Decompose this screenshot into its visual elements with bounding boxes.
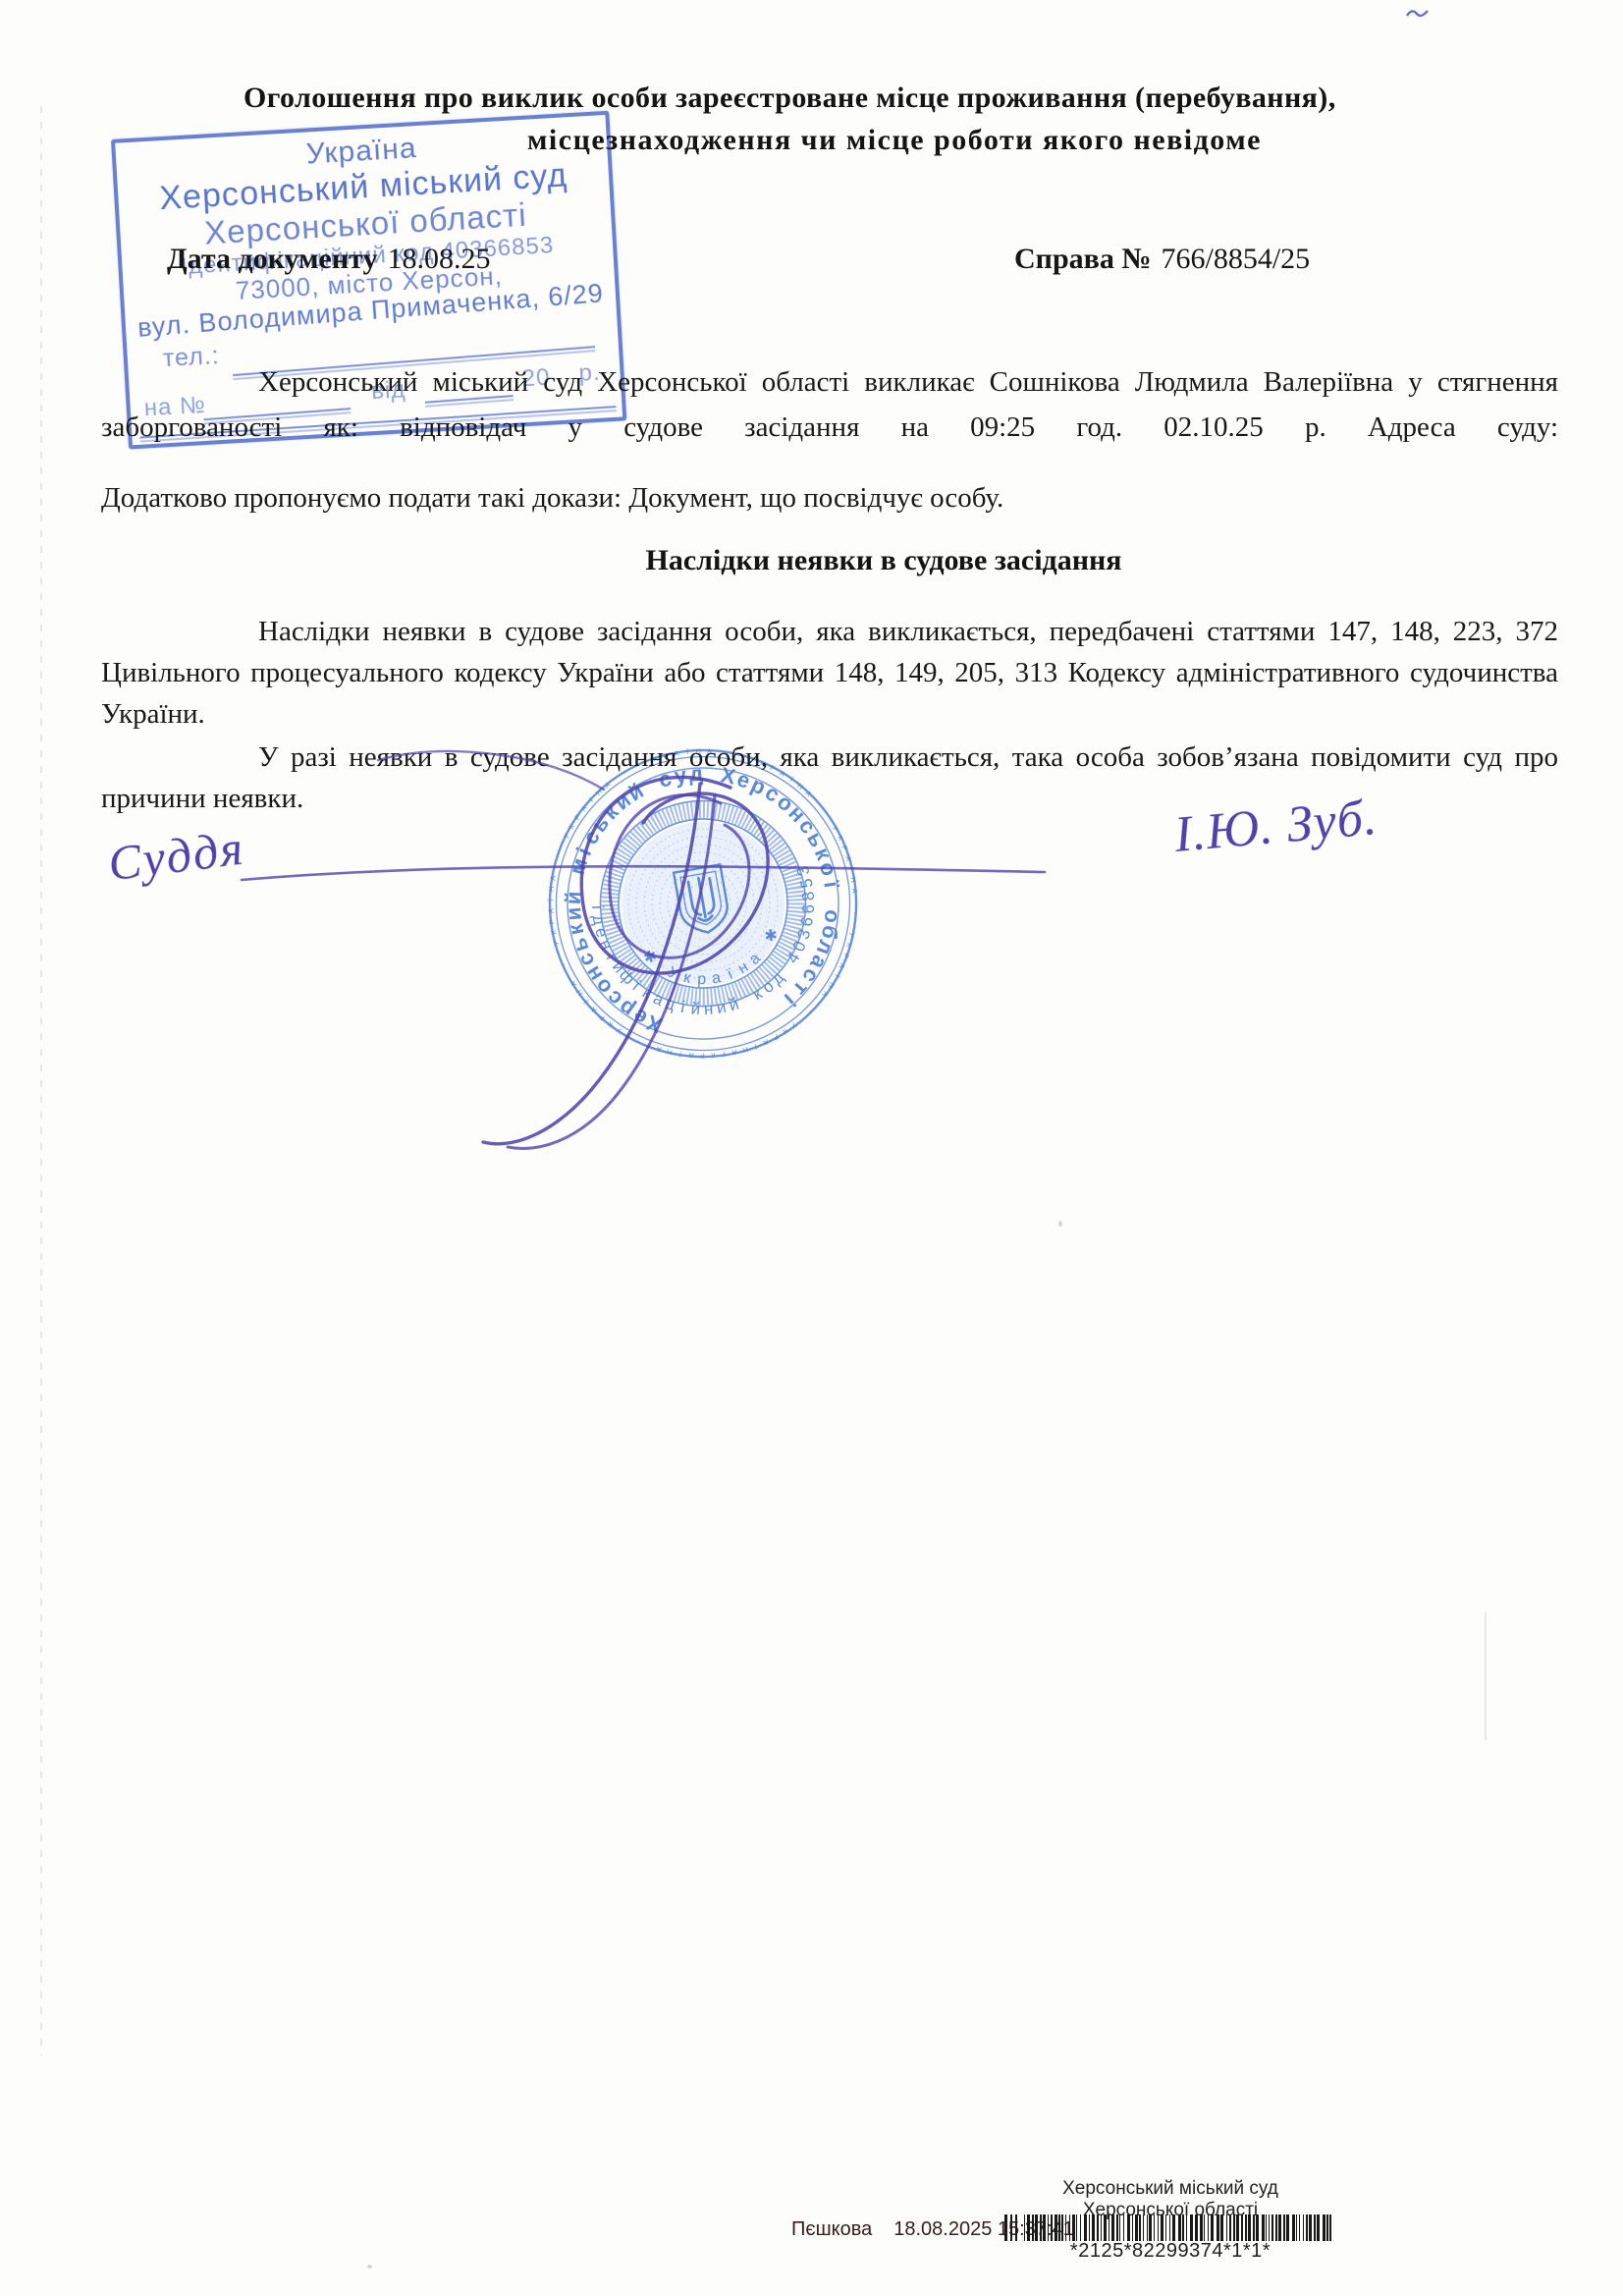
seal-char: 6 — [797, 915, 817, 928]
barcode-bar — [1089, 2214, 1090, 2241]
barcode-bar — [1027, 2214, 1030, 2241]
barcode-bar — [1236, 2214, 1239, 2241]
barcode-bar — [1269, 2214, 1270, 2241]
scan-speck — [367, 2265, 372, 2269]
seal-char: ї — [819, 879, 844, 891]
barcode-value-text: *2125*82299374*1*1* — [1003, 2240, 1337, 2263]
barcode-bar — [1211, 2214, 1214, 2241]
barcode-bar — [1143, 2214, 1144, 2241]
barcode-bar — [1104, 2214, 1107, 2241]
seal-char: 3 — [793, 927, 814, 942]
seal-char: 8 — [798, 891, 818, 902]
seal-char: і — [679, 998, 686, 1016]
barcode-bar — [1032, 2214, 1033, 2241]
barcode-bar — [1182, 2214, 1183, 2241]
seal-char: і — [588, 905, 607, 909]
barcode-bar — [1076, 2214, 1077, 2241]
barcode-bar — [1286, 2214, 1289, 2241]
barcode-bar — [1248, 2214, 1251, 2241]
scan-speck — [1058, 1221, 1062, 1227]
seal-char: 6 — [799, 903, 818, 913]
document-barcode — [1004, 2214, 1331, 2241]
seal-char: д — [589, 913, 609, 926]
seal-char: Ї — [752, 1042, 758, 1051]
paragraph-evidence: Додатково пропонуємо подати такі докази:… — [101, 477, 1558, 519]
barcode-bar — [1069, 2214, 1070, 2241]
barcode-bar — [1190, 2214, 1193, 2241]
barcode-bar — [1101, 2214, 1102, 2241]
barcode-bar — [1024, 2214, 1025, 2241]
barcode-bar — [1035, 2214, 1038, 2241]
document-date-line: Дата документу18.08.25 — [167, 243, 490, 276]
seal-char: А — [548, 875, 558, 881]
barcode-bar — [1233, 2214, 1234, 2241]
seal-char: Н — [666, 1047, 673, 1057]
barcode-bar — [1055, 2214, 1057, 2241]
seal-char: А — [547, 908, 556, 913]
barcode-bar — [1092, 2214, 1095, 2241]
seal-char: Р — [700, 1052, 705, 1061]
barcode-bar — [1217, 2214, 1219, 2241]
seal-char: 3 — [793, 863, 814, 878]
seal-char: А — [843, 854, 853, 861]
barcode-bar — [1200, 2214, 1203, 2241]
seal-char: А — [655, 1044, 662, 1054]
barcode-bar — [1132, 2214, 1133, 2241]
barcode-bar — [1135, 2214, 1138, 2241]
barcode-bar — [1072, 2214, 1075, 2241]
barcode-bar — [1195, 2214, 1198, 2241]
seal-char: Р — [547, 919, 557, 925]
operator-name: Пєшкова — [791, 2218, 872, 2240]
barcode-bar — [1109, 2214, 1109, 2241]
barcode-bar — [1178, 2214, 1181, 2241]
barcode-bar — [1266, 2214, 1267, 2241]
barcode-bar — [1154, 2214, 1155, 2241]
barcode-bar — [1040, 2214, 1041, 2241]
seal-char: и — [561, 906, 586, 921]
seal-char: Р — [839, 845, 849, 852]
seal-char: · — [850, 911, 859, 914]
seal-char: А — [731, 1048, 738, 1058]
barcode-bar — [1043, 2214, 1046, 2241]
seal-char: К — [549, 929, 559, 936]
barcode-bar — [1161, 2214, 1163, 2241]
case-number-line: Справа №766/8854/25 — [1014, 243, 1310, 276]
seal-char: й — [561, 891, 586, 905]
seal-char: У — [721, 1050, 727, 1060]
barcode-bar — [1169, 2214, 1170, 2241]
seal-char: Н — [848, 877, 858, 884]
barcode-bar — [1015, 2214, 1018, 2241]
barcode-bar — [1111, 2214, 1114, 2241]
date-value: 18.08.25 — [387, 243, 490, 275]
seal-char: й — [727, 994, 741, 1014]
barcode-bar — [1158, 2214, 1159, 2241]
barcode-bar — [1306, 2214, 1307, 2241]
barcode-bar — [1147, 2214, 1148, 2241]
barcode-bar — [1262, 2214, 1265, 2241]
barcode-bar — [1220, 2214, 1223, 2241]
seal-char: о — [815, 859, 842, 879]
seal-char: А — [688, 1051, 694, 1060]
barcode-bar — [1004, 2214, 1007, 2241]
footer-court-line-1: Херсонський міський суд — [1003, 2178, 1337, 2200]
case-label: Справа № — [1014, 243, 1151, 275]
judge-label-handwritten: Суддя — [105, 819, 247, 893]
barcode-bar — [1010, 2214, 1012, 2241]
barcode-bar — [1119, 2214, 1120, 2241]
paragraph-consequences: Наслідки неявки в судове засідання особи… — [101, 611, 1558, 735]
barcode-bar — [1084, 2214, 1087, 2241]
barcode-bar — [1317, 2214, 1320, 2241]
barcode-bar — [1283, 2214, 1284, 2241]
seal-char: р — [697, 971, 706, 988]
document-title-line-2: місцезнаходження чи місце роботи якого н… — [527, 124, 1262, 157]
seal-char: Н — [741, 1045, 749, 1055]
seal-char: и — [715, 998, 728, 1017]
barcode-bar — [1165, 2214, 1166, 2241]
barcode-bar — [1245, 2214, 1246, 2241]
case-value: 766/8854/25 — [1161, 243, 1310, 275]
barcode-bar — [1309, 2214, 1312, 2241]
date-label: Дата документу — [167, 243, 377, 275]
barcode-bar — [1326, 2214, 1327, 2241]
barcode-bar — [1097, 2214, 1098, 2241]
seal-char: к — [563, 921, 589, 938]
barcode-bar — [1080, 2214, 1081, 2241]
barcode-bar — [1226, 2214, 1227, 2241]
barcode-bar — [1116, 2214, 1117, 2241]
seal-char: Н — [547, 886, 556, 892]
barcode-bar — [1123, 2214, 1124, 2241]
barcode-bar — [1296, 2214, 1297, 2241]
barcode-bar — [1149, 2214, 1152, 2241]
seal-char: н — [703, 1000, 713, 1018]
barcode-bar — [1299, 2214, 1300, 2241]
barcode-bar — [1061, 2214, 1062, 2241]
seal-char: Ї — [846, 867, 855, 872]
barcode-bar — [1048, 2214, 1049, 2241]
barcode-bar — [1058, 2214, 1059, 2241]
document-title-line-1: Оголошення про виклик особи зареєстрован… — [243, 82, 1336, 115]
barcode-bar — [1229, 2214, 1230, 2241]
barcode-bar — [1127, 2214, 1130, 2241]
scan-edge-line — [1485, 1613, 1487, 1740]
barcode-bar — [1241, 2214, 1242, 2241]
barcode-bar — [1271, 2214, 1272, 2241]
scanned-court-document: Оголошення про виклик особи зареєстрован… — [0, 0, 1623, 2296]
barcode-bar — [1256, 2214, 1259, 2241]
seal-char: о — [820, 908, 845, 924]
paragraph-summons: Херсонський міський суд Херсонської обла… — [101, 359, 1558, 450]
barcode-bar — [1329, 2214, 1331, 2241]
seal-char: ц — [663, 994, 677, 1014]
barcode-bar — [1204, 2214, 1205, 2241]
barcode-bar — [1186, 2214, 1187, 2241]
barcode-bar — [1292, 2214, 1295, 2241]
seal-char: А — [850, 888, 859, 894]
barcode-bar — [1275, 2214, 1276, 2241]
barcode-bar — [1051, 2214, 1052, 2241]
barcode-bar — [1208, 2214, 1209, 2241]
ink-fleck-top-right — [1407, 11, 1428, 16]
barcode-bar — [1303, 2214, 1304, 2241]
barcode-bar — [1314, 2214, 1315, 2241]
seal-char: й — [690, 999, 701, 1018]
scan-fold-line — [40, 106, 42, 2055]
barcode-bar — [1278, 2214, 1281, 2241]
section-heading: Наслідки неявки в судове засідання — [236, 544, 1532, 577]
barcode-bar — [1065, 2214, 1066, 2241]
barcode-bar — [1172, 2214, 1175, 2241]
barcode-bar — [1323, 2214, 1325, 2241]
barcode-bar — [1253, 2214, 1254, 2241]
seal-char: У — [551, 940, 561, 947]
barcode-bar — [1139, 2214, 1140, 2241]
seal-char: м — [565, 855, 593, 878]
